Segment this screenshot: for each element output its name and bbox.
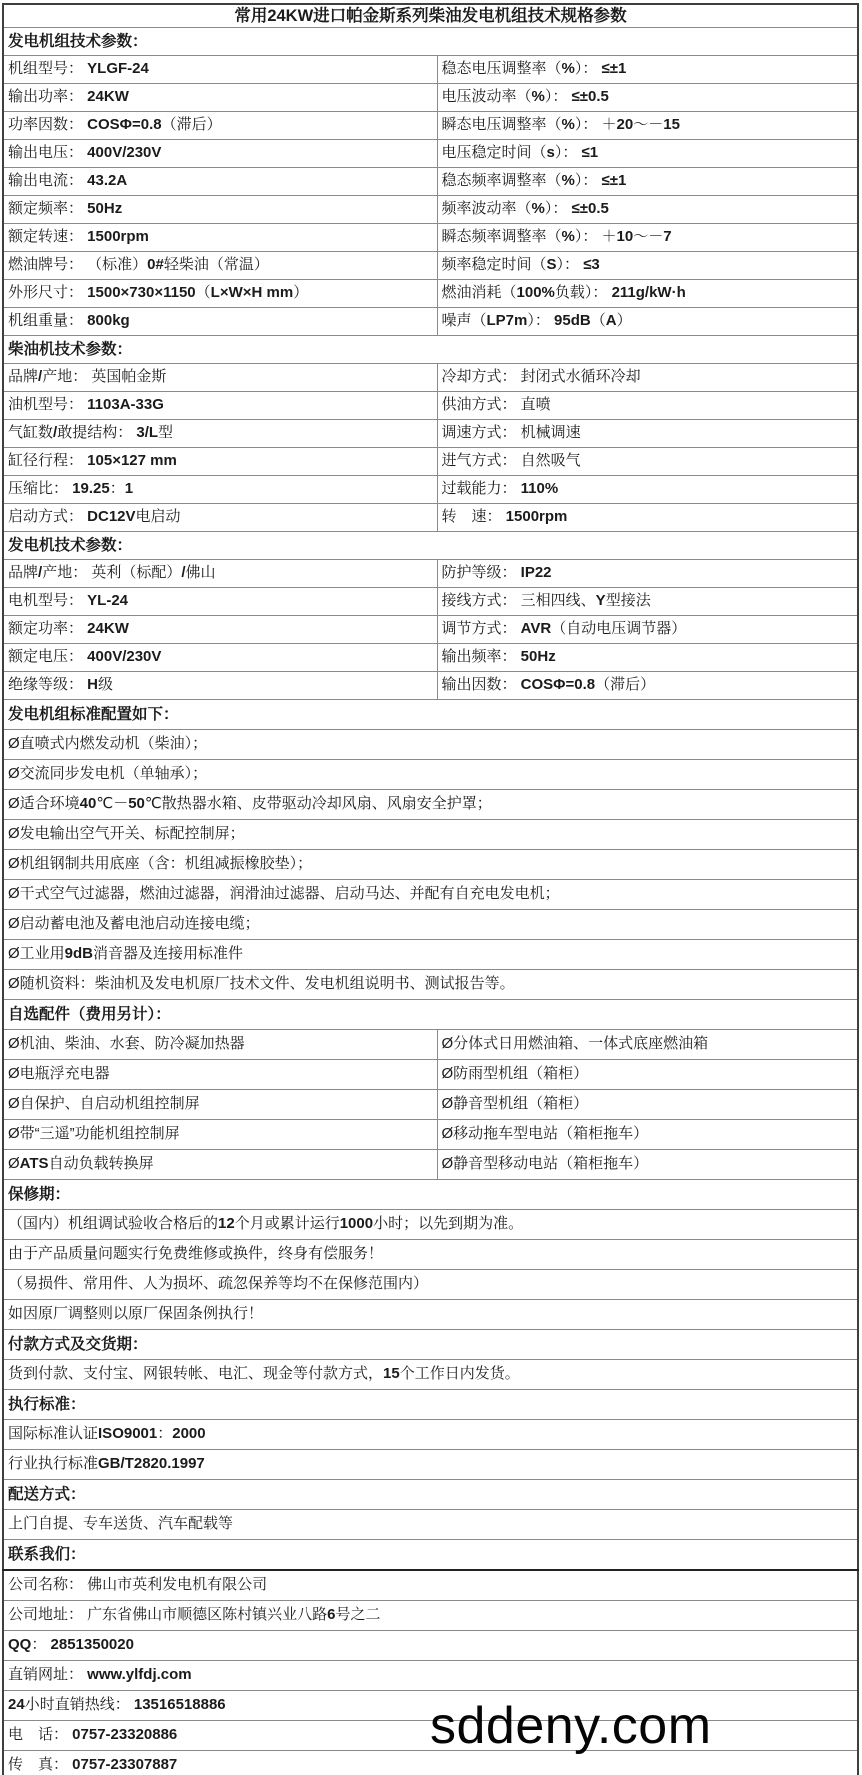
cell-right: Ø静音型移动电站（箱柜拖车） bbox=[437, 1150, 858, 1180]
section-header-row: 执行标准： bbox=[3, 1390, 858, 1420]
section-header-row: 保修期： bbox=[3, 1180, 858, 1210]
cell-right: 进气方式： 自然吸气 bbox=[437, 448, 858, 476]
cell-right: Ø分体式日用燃油箱、一体式底座燃油箱 bbox=[437, 1030, 858, 1060]
table-row: Ø适合环境40℃－50℃散热器水箱、皮带驱动冷却风扇、风扇安全护罩； bbox=[3, 790, 858, 820]
cell-right: Ø防雨型机组（箱柜） bbox=[437, 1060, 858, 1090]
cell-left: 机组重量： 800kg bbox=[3, 308, 437, 336]
page-title: 常用24KW进口帕金斯系列柴油发电机组技术规格参数 bbox=[3, 4, 858, 28]
table-row: Ø带“三遥”功能机组控制屏Ø移动拖车型电站（箱柜拖车） bbox=[3, 1120, 858, 1150]
table-row: 缸径行程： 105×127 mm进气方式： 自然吸气 bbox=[3, 448, 858, 476]
cell-left: 输出功率： 24KW bbox=[3, 84, 437, 112]
table-row: Ø机组钢制共用底座（含：机组减振橡胶垫）； bbox=[3, 850, 858, 880]
table-row: 上门自提、专车送货、汽车配载等 bbox=[3, 1510, 858, 1540]
cell-left: 品牌/产地： 英利（标配）/佛山 bbox=[3, 560, 437, 588]
section-header-row: 付款方式及交货期： bbox=[3, 1330, 858, 1360]
cell-left: 额定功率： 24KW bbox=[3, 616, 437, 644]
cell-left: 电机型号： YL-24 bbox=[3, 588, 437, 616]
table-row: 燃油牌号： （标准）0#轻柴油（常温）频率稳定时间（S）： ≤3 bbox=[3, 252, 858, 280]
table-row: 输出电流： 43.2A稳态频率调整率（%）： ≤±1 bbox=[3, 168, 858, 196]
section-header-row: 发电机组标准配置如下： bbox=[3, 700, 858, 730]
table-row: Ø发电输出空气开关、标配控制屏； bbox=[3, 820, 858, 850]
section-heading: 发电机组技术参数： bbox=[3, 28, 858, 56]
cell-left: 外形尺寸： 1500×730×1150（L×W×H mm） bbox=[3, 280, 437, 308]
cell-left: 机组型号： YLGF-24 bbox=[3, 56, 437, 84]
section-header-row: 自选配件（费用另计）： bbox=[3, 1000, 858, 1030]
cell-left: 缸径行程： 105×127 mm bbox=[3, 448, 437, 476]
cell-right: 过载能力： 110% bbox=[437, 476, 858, 504]
cell-full: 行业执行标准GB/T2820.1997 bbox=[3, 1450, 858, 1480]
cell-left: ØATS自动负载转换屏 bbox=[3, 1150, 437, 1180]
cell-left: 气缸数/敢提结构： 3/L型 bbox=[3, 420, 437, 448]
table-row: （国内）机组调试验收合格后的12个月或累计运行1000小时；以先到期为准。 bbox=[3, 1210, 858, 1240]
table-row: Ø工业用9dB消音器及连接用标准件 bbox=[3, 940, 858, 970]
cell-right: 瞬态频率调整率（%）： ＋10～－7 bbox=[437, 224, 858, 252]
cell-right: 调速方式： 机械调速 bbox=[437, 420, 858, 448]
cell-left: Ø机油、柴油、水套、防冷凝加热器 bbox=[3, 1030, 437, 1060]
cell-left: Ø带“三遥”功能机组控制屏 bbox=[3, 1120, 437, 1150]
table-row: 气缸数/敢提结构： 3/L型调速方式： 机械调速 bbox=[3, 420, 858, 448]
section-header-row: 柴油机技术参数： bbox=[3, 336, 858, 364]
spec-sheet-page: 常用24KW进口帕金斯系列柴油发电机组技术规格参数 发电机组技术参数：机组型号：… bbox=[0, 0, 862, 1775]
cell-full: Ø工业用9dB消音器及连接用标准件 bbox=[3, 940, 858, 970]
table-row: 启动方式： DC12V电启动转 速： 1500rpm bbox=[3, 504, 858, 532]
cell-full: 国际标准认证ISO9001：2000 bbox=[3, 1420, 858, 1450]
table-row: 公司地址： 广东省佛山市顺德区陈村镇兴业八路6号之二 bbox=[3, 1601, 858, 1631]
section-heading: 柴油机技术参数： bbox=[3, 336, 858, 364]
cell-left: 额定电压： 400V/230V bbox=[3, 644, 437, 672]
section-heading: 自选配件（费用另计）： bbox=[3, 1000, 858, 1030]
cell-full: 货到付款、支付宝、网银转帐、电汇、现金等付款方式，15个工作日内发货。 bbox=[3, 1360, 858, 1390]
table-row: 品牌/产地： 英国帕金斯冷却方式： 封闭式水循环冷却 bbox=[3, 364, 858, 392]
cell-full: Ø直喷式内燃发动机（柴油）； bbox=[3, 730, 858, 760]
table-row: 如因原厂调整则以原厂保固条例执行！ bbox=[3, 1300, 858, 1330]
cell-right: 噪声（LP7m）： 95dB（A） bbox=[437, 308, 858, 336]
cell-left: 绝缘等级： H级 bbox=[3, 672, 437, 700]
table-row: Ø直喷式内燃发动机（柴油）； bbox=[3, 730, 858, 760]
table-row: QQ： 2851350020 bbox=[3, 1631, 858, 1661]
table-row: 油机型号： 1103A-33G供油方式： 直喷 bbox=[3, 392, 858, 420]
cell-right: Ø移动拖车型电站（箱柜拖车） bbox=[437, 1120, 858, 1150]
section-header-row: 发电机技术参数： bbox=[3, 532, 858, 560]
cell-full: 公司地址： 广东省佛山市顺德区陈村镇兴业八路6号之二 bbox=[3, 1601, 858, 1631]
watermark: sddeny.com bbox=[430, 1698, 712, 1754]
section-header-row: 联系我们： bbox=[3, 1540, 858, 1571]
cell-full: Ø发电输出空气开关、标配控制屏； bbox=[3, 820, 858, 850]
section-heading: 保修期： bbox=[3, 1180, 858, 1210]
table-row: Ø随机资料：柴油机及发电机原厂技术文件、发电机组说明书、测试报告等。 bbox=[3, 970, 858, 1000]
table-row: 额定功率： 24KW调节方式： AVR（自动电压调节器） bbox=[3, 616, 858, 644]
cell-full: 公司名称： 佛山市英利发电机有限公司 bbox=[3, 1570, 858, 1601]
cell-right: 转 速： 1500rpm bbox=[437, 504, 858, 532]
table-row: 绝缘等级： H级输出因数： COSΦ=0.8（滞后） bbox=[3, 672, 858, 700]
section-heading: 发电机技术参数： bbox=[3, 532, 858, 560]
cell-left: 品牌/产地： 英国帕金斯 bbox=[3, 364, 437, 392]
cell-right: 稳态电压调整率（%）： ≤±1 bbox=[437, 56, 858, 84]
section-header-row: 配送方式： bbox=[3, 1480, 858, 1510]
cell-full: （易损件、常用件、人为损坏、疏忽保养等均不在保修范围内） bbox=[3, 1270, 858, 1300]
table-row: Ø电瓶浮充电器Ø防雨型机组（箱柜） bbox=[3, 1060, 858, 1090]
table-row: 国际标准认证ISO9001：2000 bbox=[3, 1420, 858, 1450]
cell-left: Ø自保护、自启动机组控制屏 bbox=[3, 1090, 437, 1120]
table-row: 机组型号： YLGF-24稳态电压调整率（%）： ≤±1 bbox=[3, 56, 858, 84]
table-row: Ø启动蓄电池及蓄电池启动连接电缆； bbox=[3, 910, 858, 940]
cell-right: 电压稳定时间（s）： ≤1 bbox=[437, 140, 858, 168]
table-row: 额定电压： 400V/230V输出频率： 50Hz bbox=[3, 644, 858, 672]
cell-left: 功率因数： COSΦ=0.8（滞后） bbox=[3, 112, 437, 140]
cell-right: 冷却方式： 封闭式水循环冷却 bbox=[437, 364, 858, 392]
cell-full: Ø适合环境40℃－50℃散热器水箱、皮带驱动冷却风扇、风扇安全护罩； bbox=[3, 790, 858, 820]
table-row: 输出电压： 400V/230V电压稳定时间（s）： ≤1 bbox=[3, 140, 858, 168]
section-heading: 发电机组标准配置如下： bbox=[3, 700, 858, 730]
table-row: 公司名称： 佛山市英利发电机有限公司 bbox=[3, 1570, 858, 1601]
section-heading: 配送方式： bbox=[3, 1480, 858, 1510]
section-header-row: 发电机组技术参数： bbox=[3, 28, 858, 56]
cell-right: 瞬态电压调整率（%）： ＋20～－15 bbox=[437, 112, 858, 140]
cell-right: 频率波动率（%）： ≤±0.5 bbox=[437, 196, 858, 224]
cell-left: 压缩比： 19.25：1 bbox=[3, 476, 437, 504]
table-row: 货到付款、支付宝、网银转帐、电汇、现金等付款方式，15个工作日内发货。 bbox=[3, 1360, 858, 1390]
table-row: Ø交流同步发电机（单轴承）； bbox=[3, 760, 858, 790]
cell-right: 稳态频率调整率（%）： ≤±1 bbox=[437, 168, 858, 196]
cell-left: 启动方式： DC12V电启动 bbox=[3, 504, 437, 532]
table-row: Ø自保护、自启动机组控制屏Ø静音型机组（箱柜） bbox=[3, 1090, 858, 1120]
cell-full: （国内）机组调试验收合格后的12个月或累计运行1000小时；以先到期为准。 bbox=[3, 1210, 858, 1240]
cell-right: Ø静音型机组（箱柜） bbox=[437, 1090, 858, 1120]
cell-left: 额定频率： 50Hz bbox=[3, 196, 437, 224]
table-row: ØATS自动负载转换屏Ø静音型移动电站（箱柜拖车） bbox=[3, 1150, 858, 1180]
table-row: Ø干式空气过滤器，燃油过滤器，润滑油过滤器、启动马达、并配有自充电发电机； bbox=[3, 880, 858, 910]
table-row: 行业执行标准GB/T2820.1997 bbox=[3, 1450, 858, 1480]
cell-right: 接线方式： 三相四线、Y型接法 bbox=[437, 588, 858, 616]
table-row: 额定频率： 50Hz频率波动率（%）： ≤±0.5 bbox=[3, 196, 858, 224]
cell-left: 额定转速： 1500rpm bbox=[3, 224, 437, 252]
cell-full: Ø交流同步发电机（单轴承）； bbox=[3, 760, 858, 790]
cell-right: 防护等级： IP22 bbox=[437, 560, 858, 588]
cell-left: 油机型号： 1103A-33G bbox=[3, 392, 437, 420]
table-row: 额定转速： 1500rpm瞬态频率调整率（%）： ＋10～－7 bbox=[3, 224, 858, 252]
cell-full: Ø随机资料：柴油机及发电机原厂技术文件、发电机组说明书、测试报告等。 bbox=[3, 970, 858, 1000]
cell-full: 直销网址： www.ylfdj.com bbox=[3, 1661, 858, 1691]
spec-table: 常用24KW进口帕金斯系列柴油发电机组技术规格参数 发电机组技术参数：机组型号：… bbox=[2, 3, 859, 1775]
section-heading: 执行标准： bbox=[3, 1390, 858, 1420]
table-row: 机组重量： 800kg噪声（LP7m）： 95dB（A） bbox=[3, 308, 858, 336]
section-heading: 付款方式及交货期： bbox=[3, 1330, 858, 1360]
table-row: Ø机油、柴油、水套、防冷凝加热器Ø分体式日用燃油箱、一体式底座燃油箱 bbox=[3, 1030, 858, 1060]
table-row: （易损件、常用件、人为损坏、疏忽保养等均不在保修范围内） bbox=[3, 1270, 858, 1300]
cell-left: Ø电瓶浮充电器 bbox=[3, 1060, 437, 1090]
table-row: 品牌/产地： 英利（标配）/佛山防护等级： IP22 bbox=[3, 560, 858, 588]
cell-left: 输出电流： 43.2A bbox=[3, 168, 437, 196]
cell-full: Ø启动蓄电池及蓄电池启动连接电缆； bbox=[3, 910, 858, 940]
cell-right: 调节方式： AVR（自动电压调节器） bbox=[437, 616, 858, 644]
cell-right: 输出因数： COSΦ=0.8（滞后） bbox=[437, 672, 858, 700]
section-heading: 联系我们： bbox=[3, 1540, 858, 1571]
title-row: 常用24KW进口帕金斯系列柴油发电机组技术规格参数 bbox=[3, 4, 858, 28]
cell-full: 上门自提、专车送货、汽车配载等 bbox=[3, 1510, 858, 1540]
table-row: 压缩比： 19.25：1过载能力： 110% bbox=[3, 476, 858, 504]
table-row: 电机型号： YL-24接线方式： 三相四线、Y型接法 bbox=[3, 588, 858, 616]
table-row: 外形尺寸： 1500×730×1150（L×W×H mm）燃油消耗（100%负载… bbox=[3, 280, 858, 308]
cell-right: 频率稳定时间（S）： ≤3 bbox=[437, 252, 858, 280]
cell-full: Ø干式空气过滤器，燃油过滤器，润滑油过滤器、启动马达、并配有自充电发电机； bbox=[3, 880, 858, 910]
cell-right: 电压波动率（%）： ≤±0.5 bbox=[437, 84, 858, 112]
table-row: 由于产品质量问题实行免费维修或换件，终身有偿服务！ bbox=[3, 1240, 858, 1270]
cell-left: 燃油牌号： （标准）0#轻柴油（常温） bbox=[3, 252, 437, 280]
table-row: 功率因数： COSΦ=0.8（滞后）瞬态电压调整率（%）： ＋20～－15 bbox=[3, 112, 858, 140]
table-row: 直销网址： www.ylfdj.com bbox=[3, 1661, 858, 1691]
cell-full: QQ： 2851350020 bbox=[3, 1631, 858, 1661]
table-row: 输出功率： 24KW电压波动率（%）： ≤±0.5 bbox=[3, 84, 858, 112]
cell-right: 输出频率： 50Hz bbox=[437, 644, 858, 672]
cell-full: 由于产品质量问题实行免费维修或换件，终身有偿服务！ bbox=[3, 1240, 858, 1270]
cell-right: 燃油消耗（100%负载）： 211g/kW·h bbox=[437, 280, 858, 308]
cell-left: 输出电压： 400V/230V bbox=[3, 140, 437, 168]
cell-full: Ø机组钢制共用底座（含：机组减振橡胶垫）； bbox=[3, 850, 858, 880]
cell-right: 供油方式： 直喷 bbox=[437, 392, 858, 420]
cell-full: 如因原厂调整则以原厂保固条例执行！ bbox=[3, 1300, 858, 1330]
